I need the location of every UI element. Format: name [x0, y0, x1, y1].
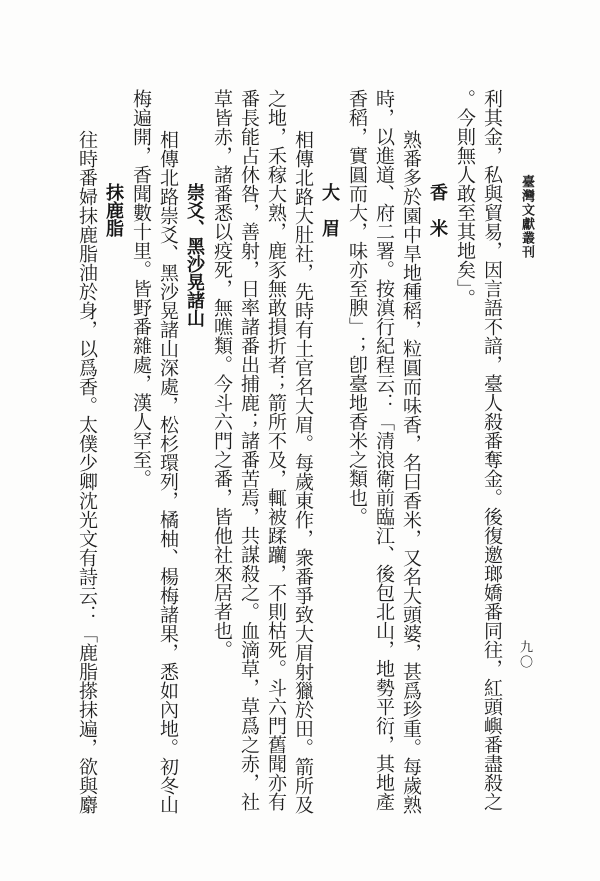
text-column: 草皆赤，諸番悉以疫死，無噍類。今斗六門之番，皆他社來居者也。	[208, 89, 235, 834]
text-column-continuation-1: 利其金，私與貿易，因言語不諳，臺人殺番奪金。後復邀瑯嬌番同往，紅頭嶼番盡殺之	[478, 89, 505, 834]
text-column: 相傳北路大肚社，先時有土官名大眉。每歲東作，衆番爭致大眉射獵於田。箭所及	[289, 89, 316, 834]
book-page: 臺灣文獻叢刊 九〇 利其金，私與貿易，因言語不諳，臺人殺番奪金。後復邀瑯嬌番同往…	[0, 0, 600, 881]
text-column-continuation-2: 。今則無人敢至其地矣」。	[451, 89, 478, 834]
text-block: 利其金，私與貿易，因言語不諳，臺人殺番奪金。後復邀瑯嬌番同往，紅頭嶼番盡殺之 。…	[73, 89, 505, 834]
text-column: 熟番多於園中旱地種稻，粒圓而味香，名曰香米，又名大頭婆，甚爲珍重。每歲熟	[397, 89, 424, 834]
text-column: 番長能占休咎，善射，日率諸番出捕鹿；諸番苦焉，共謀殺之。血滴草，草爲之赤，社	[235, 89, 262, 834]
text-column: 之地，禾稼大熟，鹿豕無敢損折者；箭所不及，輒被蹂躪，不則枯死。斗六門舊聞亦有	[262, 89, 289, 834]
text-column: 相傳北路崇爻、黑沙晃諸山深處，松杉環列，橘柚、楊梅諸果，悉如內地。初冬山	[154, 89, 181, 834]
section-heading-moluzhi: 抹鹿脂	[100, 89, 127, 834]
section-heading-xiangmi: 香 米	[424, 89, 451, 834]
section-heading-damei: 大 眉	[316, 89, 343, 834]
text-column: 往時番婦抹鹿脂油於身，以爲香。太僕少卿沈光文有詩云：「鹿脂搽抹遍，欲與麝	[73, 89, 100, 834]
series-title: 臺灣文獻叢刊	[518, 175, 537, 259]
text-column: 時，以進道、府二署。按滇行紀程云：「清浪衛前臨江、後包北山，地勢平衍，其地產	[370, 89, 397, 834]
section-heading-chongyao-heishahuang: 崇爻、黑沙晃諸山	[181, 89, 208, 834]
text-column: 香稻，實圓而大，味亦至腴」；卽臺地香米之類也。	[343, 89, 370, 834]
page-number: 九〇	[516, 640, 535, 670]
text-column: 梅遍開，香聞數十里。皆野番雜處，漢人罕至。	[127, 89, 154, 834]
